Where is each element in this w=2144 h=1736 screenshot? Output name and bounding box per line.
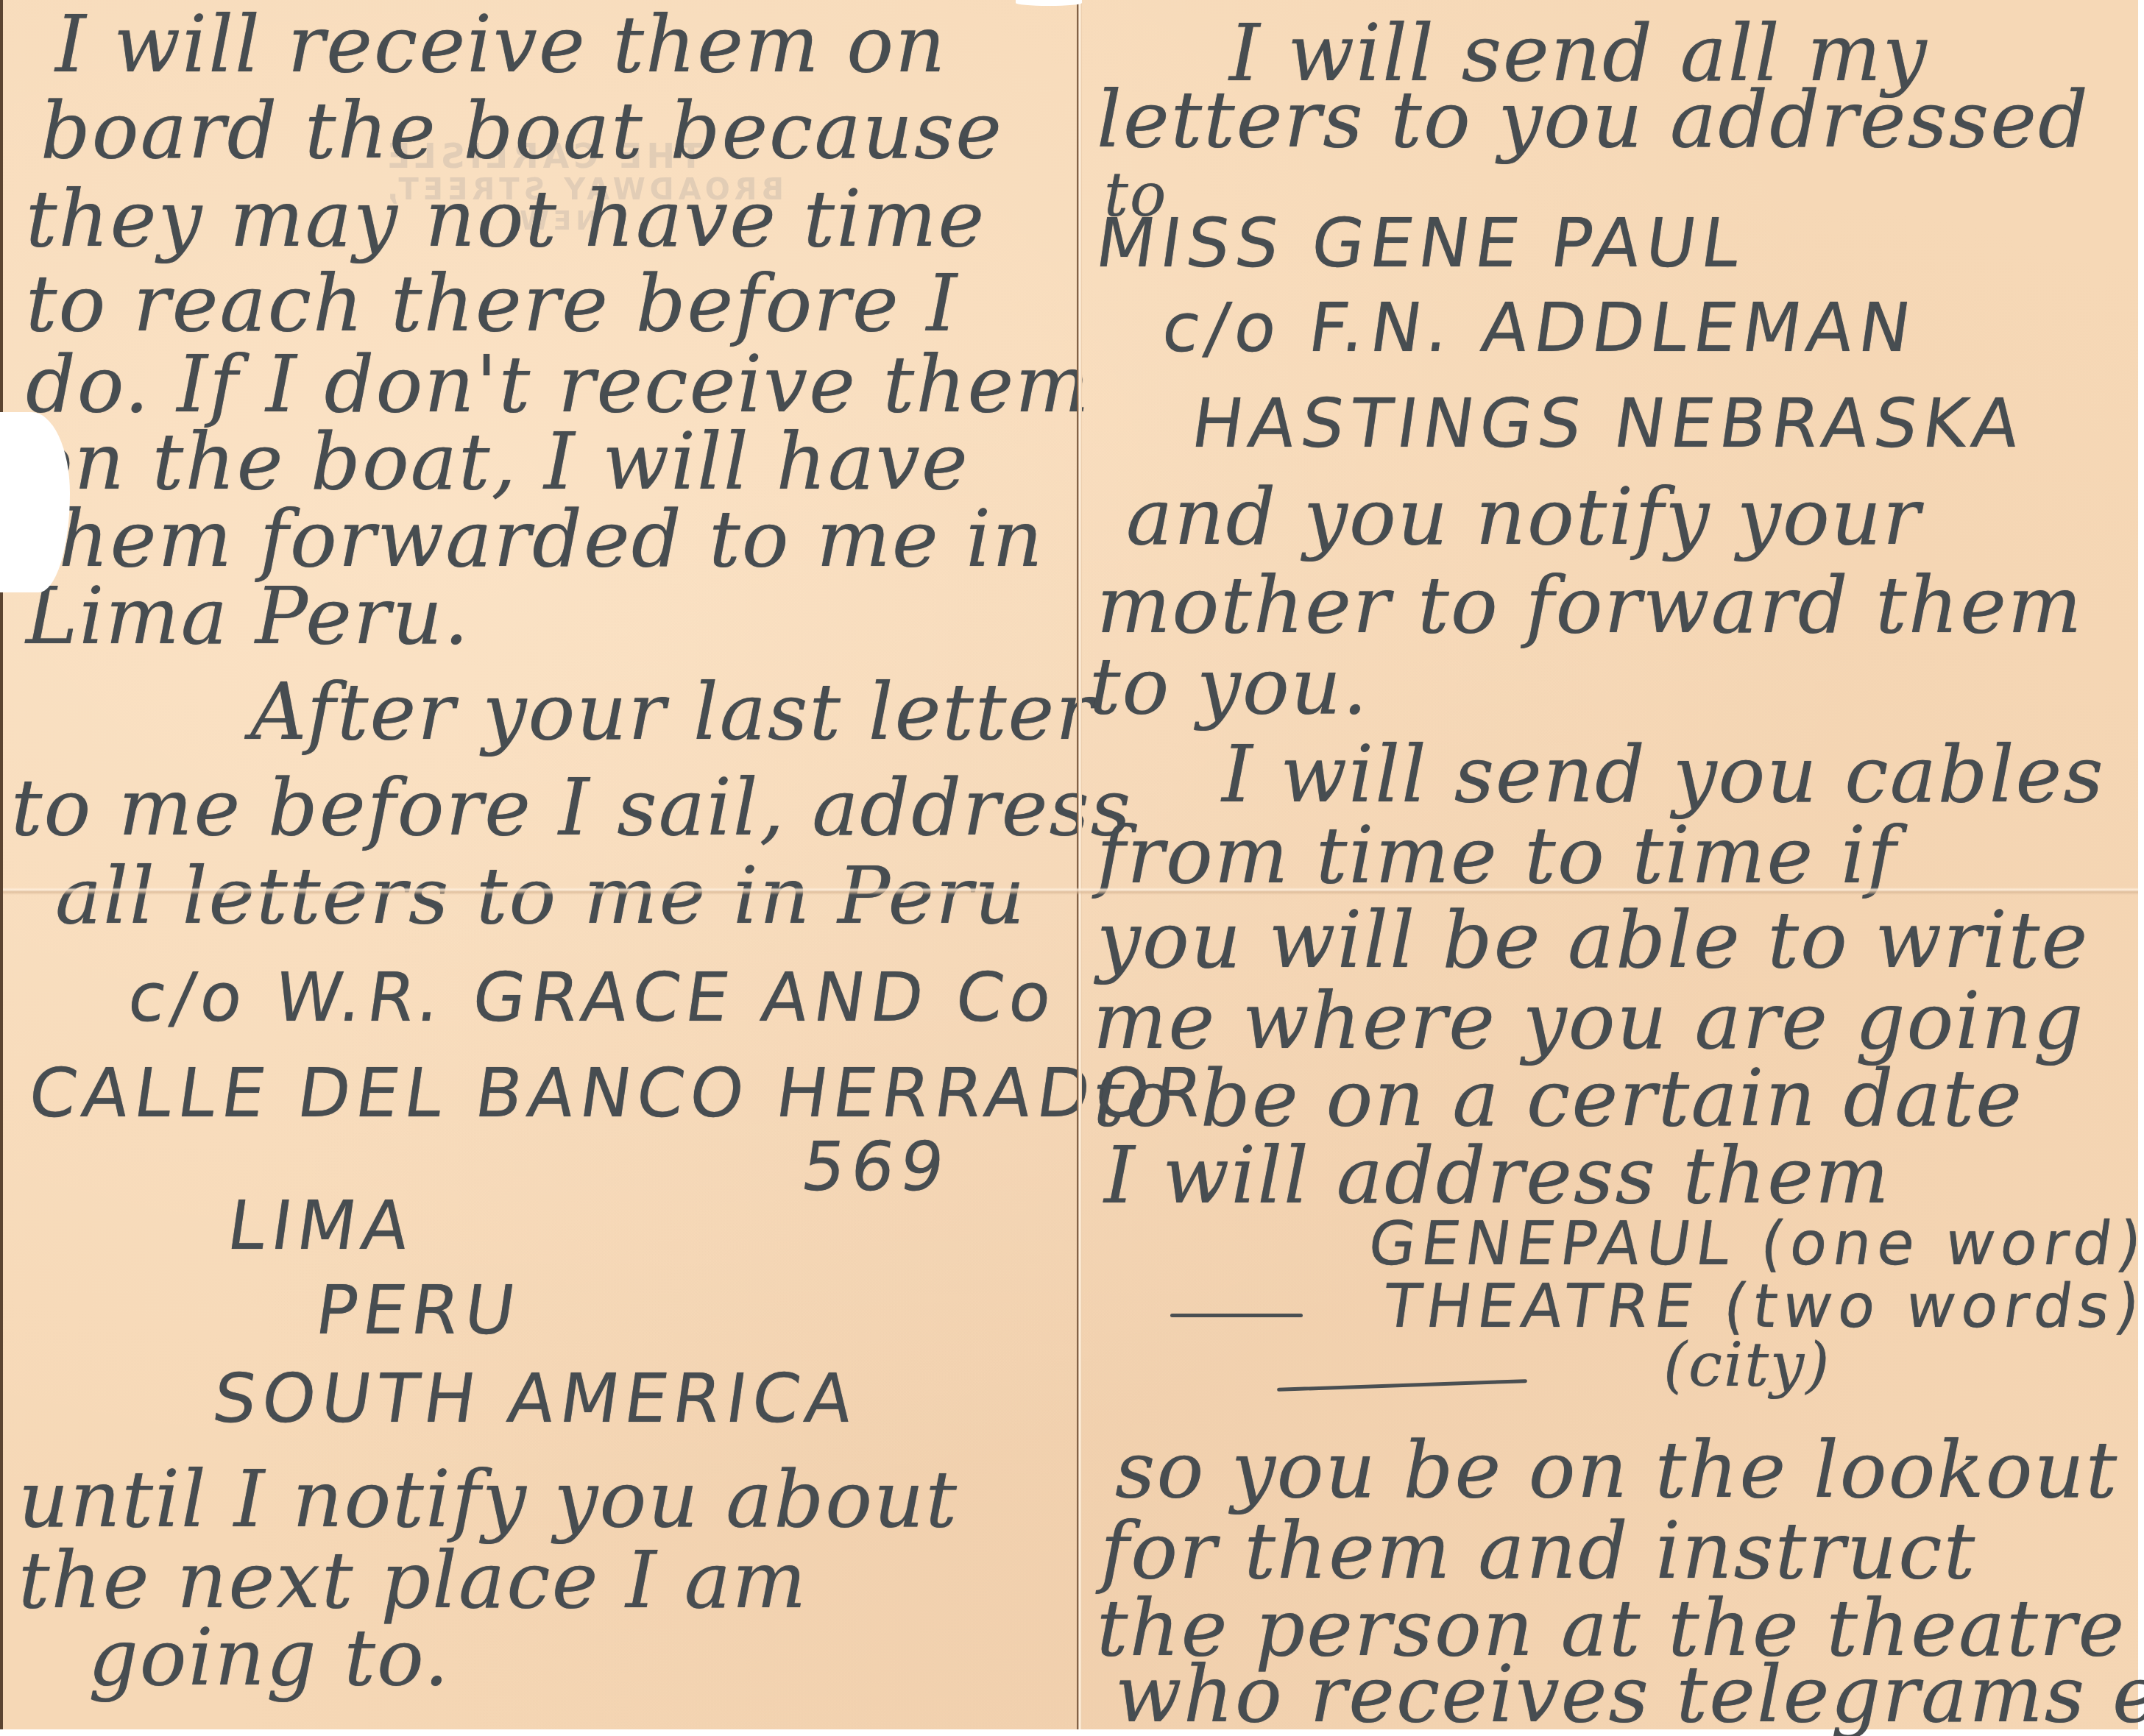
cable-name-line: GENEPAUL (one word) <box>1365 1214 2144 1275</box>
left-line-11: all letters to me in Peru <box>55 857 1026 935</box>
right-middle-line-2: mother to forward them <box>1097 567 2083 645</box>
grace-care-of: c/o W.R. GRACE AND Co <box>124 964 1062 1032</box>
city-blank-rule <box>1277 1379 1527 1392</box>
left-line-3: they may not have time <box>26 180 986 258</box>
left-line-7: them forwarded to me in <box>26 500 1044 578</box>
horizontal-fold-crease <box>0 888 2138 895</box>
left-closing-line-2: the next place I am <box>18 1542 807 1620</box>
left-page: I will receive them on board the boat be… <box>0 0 1077 1729</box>
theatre-blank-rule <box>1170 1314 1303 1317</box>
top-edge-notch <box>1016 0 1082 6</box>
right-intro-line-2: letters to you addressed <box>1097 81 2090 159</box>
hastings-city-state: HASTINGS NEBRASKA <box>1188 390 2030 458</box>
left-line-9: After your last letter <box>250 673 1094 751</box>
left-line-2: board the boat because <box>40 92 1003 170</box>
right-middle-line-7: me where you are going <box>1093 982 2084 1060</box>
grace-continent: SOUTH AMERICA <box>209 1365 863 1433</box>
left-line-6: on the boat, I will have <box>26 423 969 501</box>
right-middle-line-9: I will address them <box>1104 1137 1891 1215</box>
right-middle-line-3: to you. <box>1089 648 1369 726</box>
grace-city: LIMA <box>224 1192 420 1260</box>
addleman-care-of: c/o F.N. ADDLEMAN <box>1158 294 1921 362</box>
right-middle-line-5: from time to time if <box>1097 817 1897 895</box>
right-closing-line-2: for them and instruct <box>1100 1512 1976 1590</box>
cable-theatre-line: THEATRE (two words) <box>1379 1277 2144 1337</box>
left-closing-line-1: until I notify you about <box>18 1461 958 1539</box>
gene-paul-name: MISS GENE PAUL <box>1092 210 1750 277</box>
right-closing-line-1: so you be on the lookout <box>1115 1431 2118 1509</box>
left-line-4: to reach there before I <box>26 265 958 343</box>
right-middle-line-6: you will be able to write <box>1097 901 2089 979</box>
letter-sheet: THE CARLISLE BROADWAY STREET, NEW I will… <box>0 0 2138 1729</box>
left-closing-line-3: going to. <box>88 1619 450 1697</box>
left-line-10: to me before I sail, address <box>11 769 1132 847</box>
right-middle-line-1: and you notify your <box>1126 478 1922 556</box>
left-line-1: I will receive them on <box>55 6 947 84</box>
vertical-fold-crease <box>1077 0 1082 1729</box>
right-closing-line-4: who receives telegrams etc <box>1115 1656 2144 1734</box>
grace-street: CALLE DEL BANCO HERRADOR <box>25 1060 1213 1127</box>
cable-city-line: (city) <box>1663 1336 1830 1396</box>
left-paper-edge <box>0 0 3 1729</box>
right-page: I will send all my letters to you addres… <box>1082 0 2138 1729</box>
left-line-8: Lima Peru. <box>26 578 470 656</box>
grace-country: PERU <box>312 1277 526 1344</box>
torn-edge-notch <box>0 412 70 592</box>
right-middle-line-4: I will send you cables <box>1222 736 2105 814</box>
left-line-5: do. If I don't receive them <box>26 346 1091 424</box>
grace-street-number: 569 <box>798 1133 955 1201</box>
right-middle-line-8: to be on a certain date <box>1093 1060 2023 1138</box>
